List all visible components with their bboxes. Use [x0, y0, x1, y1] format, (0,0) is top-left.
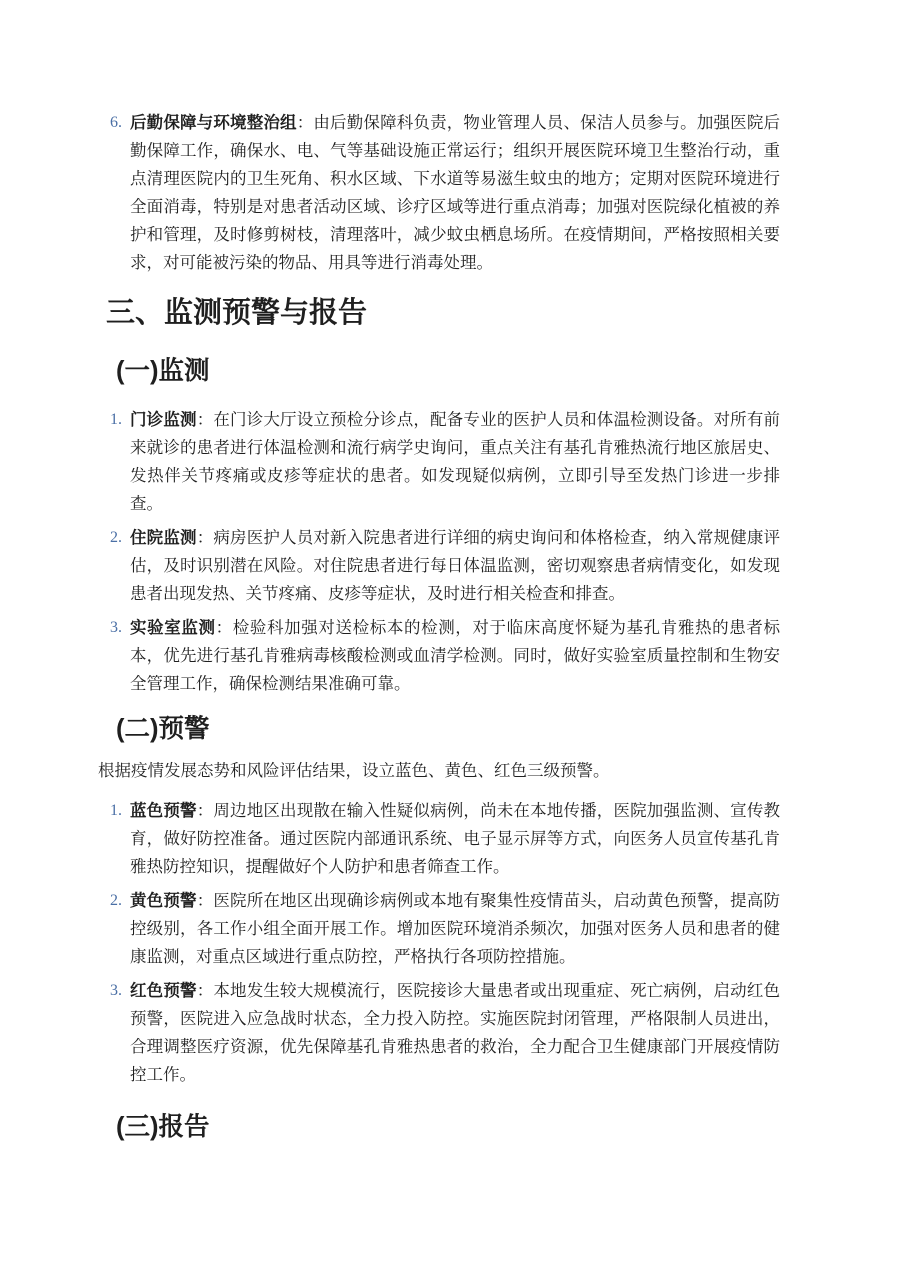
- list-item-label: 红色预警: [130, 982, 197, 1000]
- list-item-label: 后勤保障与环境整治组: [130, 114, 297, 132]
- list-item-text: 蓝色预警：周边地区出现散在输入性疑似病例，尚未在本地传播，医院加强监测、宣传教育…: [130, 797, 780, 881]
- list-item-body: ：在门诊大厅设立预检分诊点，配备专业的医护人员和体温检测设备。对所有前来就诊的患…: [130, 411, 780, 513]
- list-item-body: ：周边地区出现散在输入性疑似病例，尚未在本地传播，医院加强监测、宣传教育，做好防…: [130, 802, 780, 876]
- list-item-outpatient: 1. 门诊监测：在门诊大厅设立预检分诊点，配备专业的医护人员和体温检测设备。对所…: [98, 406, 788, 518]
- document-content: 6. 后勤保障与环境整治组：由后勤保障科负责，物业管理人员、保洁人员参与。加强医…: [0, 0, 788, 1144]
- subsection-heading-report: (三)报告: [116, 1110, 788, 1144]
- list-item-text: 实验室监测：检验科加强对送检标本的检测，对于临床高度怀疑为基孔肯雅热的患者标本，…: [130, 614, 780, 698]
- warning-list: 1. 蓝色预警：周边地区出现散在输入性疑似病例，尚未在本地传播，医院加强监测、宣…: [98, 797, 788, 1089]
- list-item-logistics: 6. 后勤保障与环境整治组：由后勤保障科负责，物业管理人员、保洁人员参与。加强医…: [98, 109, 788, 277]
- list-item-number: 2.: [98, 524, 122, 608]
- subsection-heading-warning: (二)预警: [116, 712, 788, 746]
- list-item-body: ：本地发生较大规模流行，医院接诊大量患者或出现重症、死亡病例，启动红色预警，医院…: [130, 982, 780, 1084]
- list-item-text: 后勤保障与环境整治组：由后勤保障科负责，物业管理人员、保洁人员参与。加强医院后勤…: [130, 109, 780, 277]
- list-item-body: ：由后勤保障科负责，物业管理人员、保洁人员参与。加强医院后勤保障工作，确保水、电…: [130, 114, 780, 272]
- list-item-number: 6.: [98, 109, 122, 277]
- list-item-red-warning: 3. 红色预警：本地发生较大规模流行，医院接诊大量患者或出现重症、死亡病例，启动…: [98, 977, 788, 1089]
- list-item-label: 实验室监测: [130, 619, 216, 637]
- monitoring-list: 1. 门诊监测：在门诊大厅设立预检分诊点，配备专业的医护人员和体温检测设备。对所…: [98, 406, 788, 698]
- list-item-label: 蓝色预警: [130, 802, 197, 820]
- warning-intro-paragraph: 根据疫情发展态势和风险评估结果，设立蓝色、黄色、红色三级预警。: [98, 757, 788, 785]
- section-heading: 三、监测预警与报告: [106, 295, 788, 331]
- list-item-body: ：医院所在地区出现确诊病例或本地有聚集性疫情苗头，启动黄色预警，提高防控级别，各…: [130, 892, 780, 966]
- list-item-number: 3.: [98, 977, 122, 1089]
- list-item-label: 住院监测: [130, 529, 197, 547]
- list-item-text: 红色预警：本地发生较大规模流行，医院接诊大量患者或出现重症、死亡病例，启动红色预…: [130, 977, 780, 1089]
- list-item-text: 住院监测：病房医护人员对新入院患者进行详细的病史询问和体格检查，纳入常规健康评估…: [130, 524, 780, 608]
- list-item-text: 黄色预警：医院所在地区出现确诊病例或本地有聚集性疫情苗头，启动黄色预警，提高防控…: [130, 887, 780, 971]
- list-item-body: ：检验科加强对送检标本的检测，对于临床高度怀疑为基孔肯雅热的患者标本，优先进行基…: [130, 619, 780, 693]
- list-item-number: 1.: [98, 797, 122, 881]
- list-item-blue-warning: 1. 蓝色预警：周边地区出现散在输入性疑似病例，尚未在本地传播，医院加强监测、宣…: [98, 797, 788, 881]
- list-item-inpatient: 2. 住院监测：病房医护人员对新入院患者进行详细的病史询问和体格检查，纳入常规健…: [98, 524, 788, 608]
- list-item-text: 门诊监测：在门诊大厅设立预检分诊点，配备专业的医护人员和体温检测设备。对所有前来…: [130, 406, 780, 518]
- subsection-heading-monitoring: (一)监测: [116, 354, 788, 388]
- document-page: 6. 后勤保障与环境整治组：由后勤保障科负责，物业管理人员、保洁人员参与。加强医…: [0, 0, 906, 1284]
- list-item-label: 门诊监测: [130, 411, 197, 429]
- list-item-body: ：病房医护人员对新入院患者进行详细的病史询问和体格检查，纳入常规健康评估，及时识…: [130, 529, 780, 603]
- list-item-number: 1.: [98, 406, 122, 518]
- list-item-laboratory: 3. 实验室监测：检验科加强对送检标本的检测，对于临床高度怀疑为基孔肯雅热的患者…: [98, 614, 788, 698]
- list-item-label: 黄色预警: [130, 892, 197, 910]
- list-item-number: 3.: [98, 614, 122, 698]
- list-item-number: 2.: [98, 887, 122, 971]
- list-item-yellow-warning: 2. 黄色预警：医院所在地区出现确诊病例或本地有聚集性疫情苗头，启动黄色预警，提…: [98, 887, 788, 971]
